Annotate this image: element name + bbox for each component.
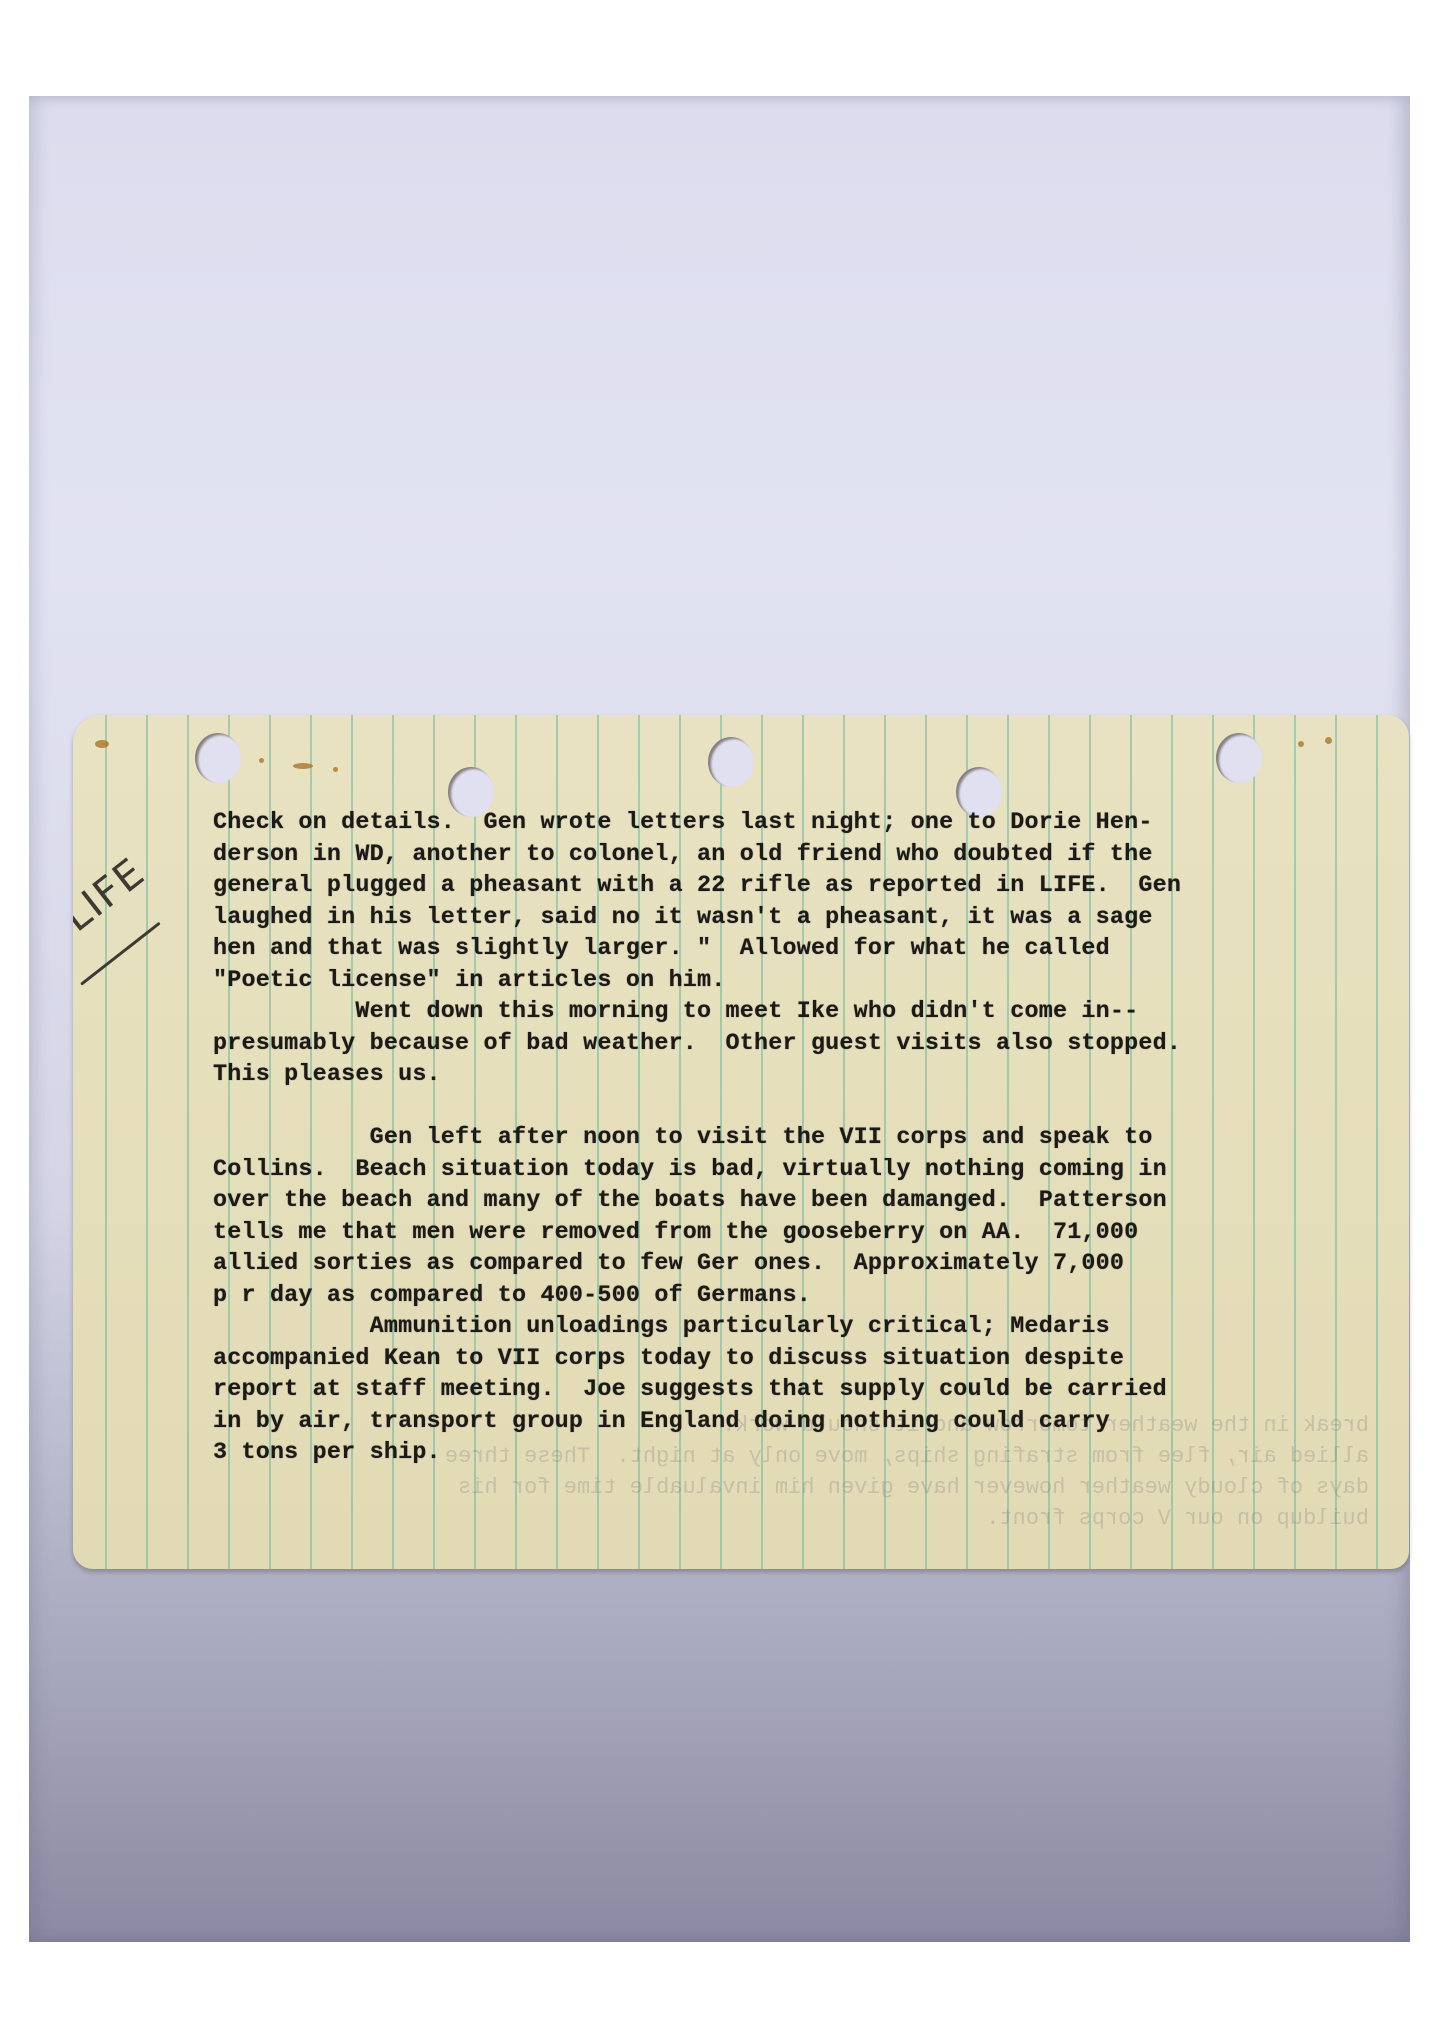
- punch-hole: [1216, 733, 1262, 783]
- index-card: break in the weather tomorrow and it sho…: [73, 715, 1409, 1569]
- text-line: laughed in his letter, said no it wasn't…: [213, 903, 1343, 935]
- rule-line: [105, 715, 107, 1569]
- text-line: presumably because of bad weather. Other…: [213, 1029, 1343, 1061]
- rust-stain: [259, 758, 264, 763]
- typewritten-text: Check on details. Gen wrote letters last…: [213, 808, 1343, 1470]
- text-line: Check on details. Gen wrote letters last…: [213, 808, 1343, 840]
- text-line: tells me that men were removed from the …: [213, 1218, 1343, 1250]
- rust-stain: [1298, 741, 1304, 747]
- text-line: general plugged a pheasant with a 22 rif…: [213, 871, 1343, 903]
- rule-line: [187, 715, 189, 1569]
- text-line: accompanied Kean to VII corps today to d…: [213, 1344, 1343, 1376]
- rule-line: [1376, 715, 1378, 1569]
- text-line: derson in WD, another to colonel, an old…: [213, 840, 1343, 872]
- text-line: allied sorties as compared to few Ger on…: [213, 1249, 1343, 1281]
- text-line: Went down this morning to meet Ike who d…: [213, 997, 1343, 1029]
- rust-stain: [1325, 737, 1332, 744]
- rust-stain: [333, 767, 338, 772]
- text-line: hen and that was slightly larger. " Allo…: [213, 934, 1343, 966]
- text-line: over the beach and many of the boats hav…: [213, 1186, 1343, 1218]
- rust-stain: [95, 740, 109, 748]
- handwritten-annotation: LIFE: [73, 849, 154, 941]
- rule-line: [146, 715, 148, 1569]
- text-line: "Poetic license" in articles on him.: [213, 966, 1343, 998]
- text-line: report at staff meeting. Joe suggests th…: [213, 1375, 1343, 1407]
- rust-stain: [293, 763, 313, 769]
- text-line: This pleases us.: [213, 1060, 1343, 1092]
- text-line: 3 tons per ship.: [213, 1438, 1343, 1470]
- text-line: Collins. Beach situation today is bad, v…: [213, 1155, 1343, 1187]
- text-line: in by air, transport group in England do…: [213, 1407, 1343, 1439]
- text-line: p r day as compared to 400-500 of German…: [213, 1281, 1343, 1313]
- text-line: Ammunition unloadings particularly criti…: [213, 1312, 1343, 1344]
- text-line: [213, 1092, 1343, 1124]
- text-line: Gen left after noon to visit the VII cor…: [213, 1123, 1343, 1155]
- punch-hole: [195, 733, 241, 783]
- punch-hole: [708, 737, 754, 787]
